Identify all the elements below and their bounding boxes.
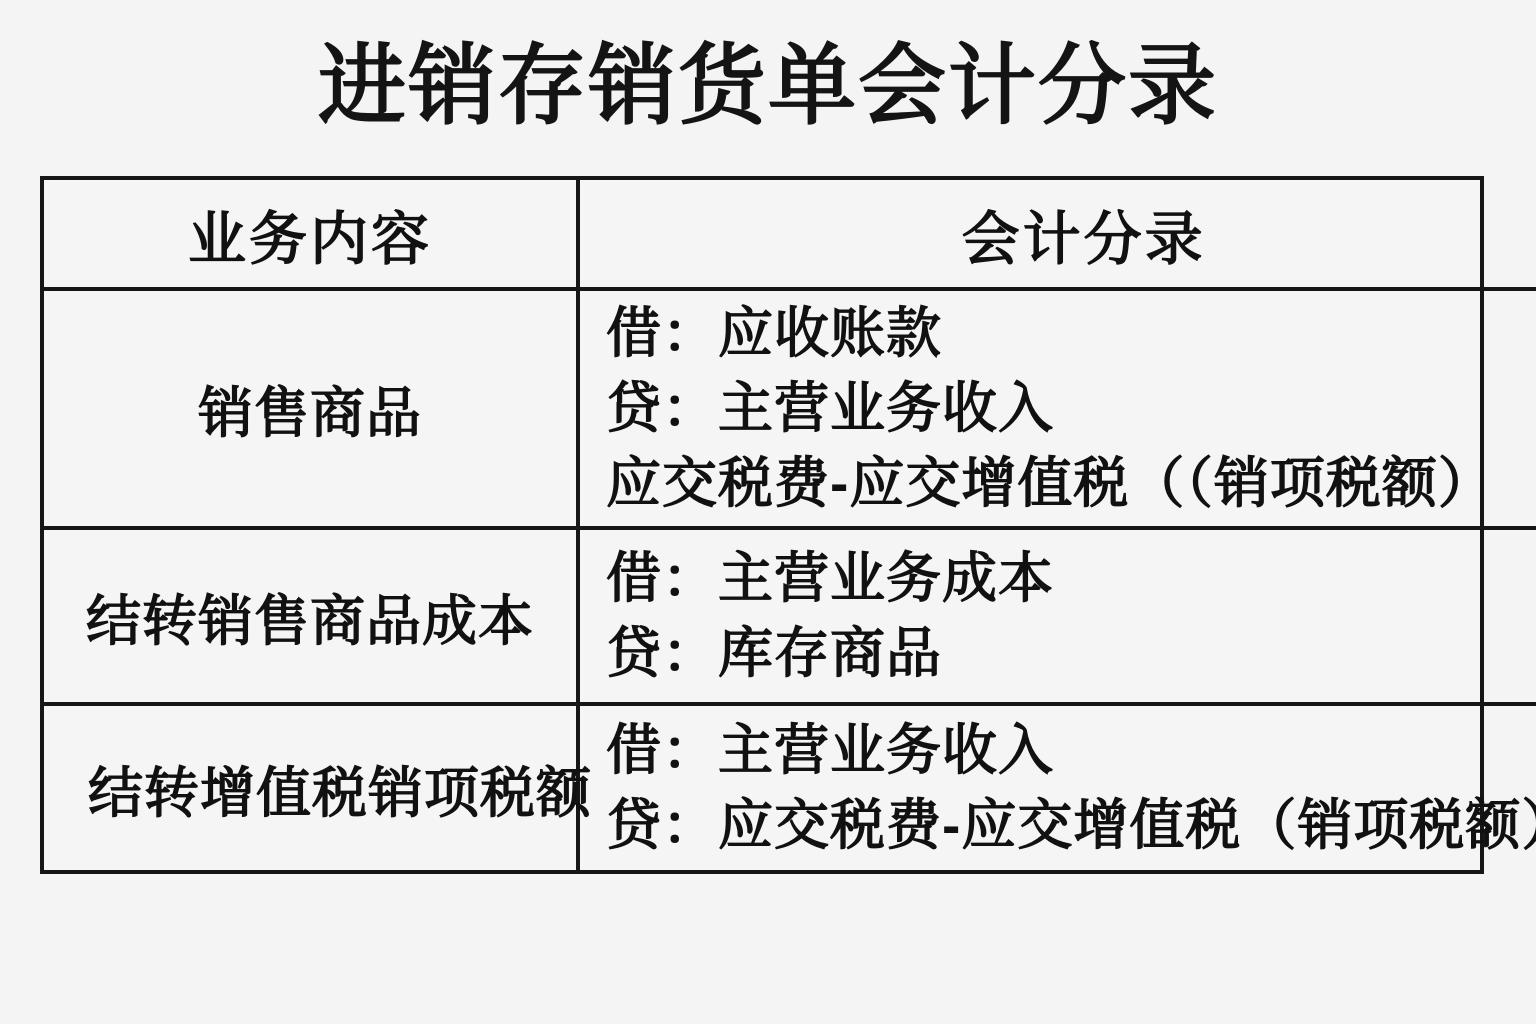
accounting-entries-table: 业务内容 会计分录 销售商品 借：应收账款 贷：主营业务收入 应交税费-应交增值… bbox=[40, 176, 1484, 874]
entry-line: 借：主营业务成本 bbox=[606, 541, 1054, 616]
entry-line: 应交税费-应交增值税（（销项税额） bbox=[606, 446, 1494, 521]
entry-line: 借：应收账款 bbox=[606, 296, 942, 371]
entries-cell-sell-goods: 借：应收账款 贷：主营业务收入 应交税费-应交增值税（（销项税额） bbox=[580, 291, 1536, 530]
business-cell-sell-goods: 销售商品 bbox=[44, 291, 580, 530]
entries-cell-carryover-vat: 借：主营业务收入 贷：应交税费-应交增值税（销项税额） bbox=[580, 706, 1536, 870]
page-title: 进销存销货单会计分录 bbox=[0, 38, 1536, 135]
entry-line: 贷：库存商品 bbox=[606, 616, 942, 691]
business-cell-carryover-cost: 结转销售商品成本 bbox=[44, 530, 580, 706]
entry-line: 借：主营业务收入 bbox=[606, 713, 1054, 788]
entries-cell-carryover-cost: 借：主营业务成本 贷：库存商品 bbox=[580, 530, 1536, 706]
entry-line: 贷：主营业务收入 bbox=[606, 371, 1054, 446]
header-business: 业务内容 bbox=[44, 180, 580, 291]
business-cell-carryover-vat: 结转增值税销项税额 bbox=[44, 706, 580, 870]
entry-line: 贷：应交税费-应交增值税（销项税额） bbox=[606, 788, 1536, 863]
header-entries: 会计分录 bbox=[580, 180, 1536, 291]
